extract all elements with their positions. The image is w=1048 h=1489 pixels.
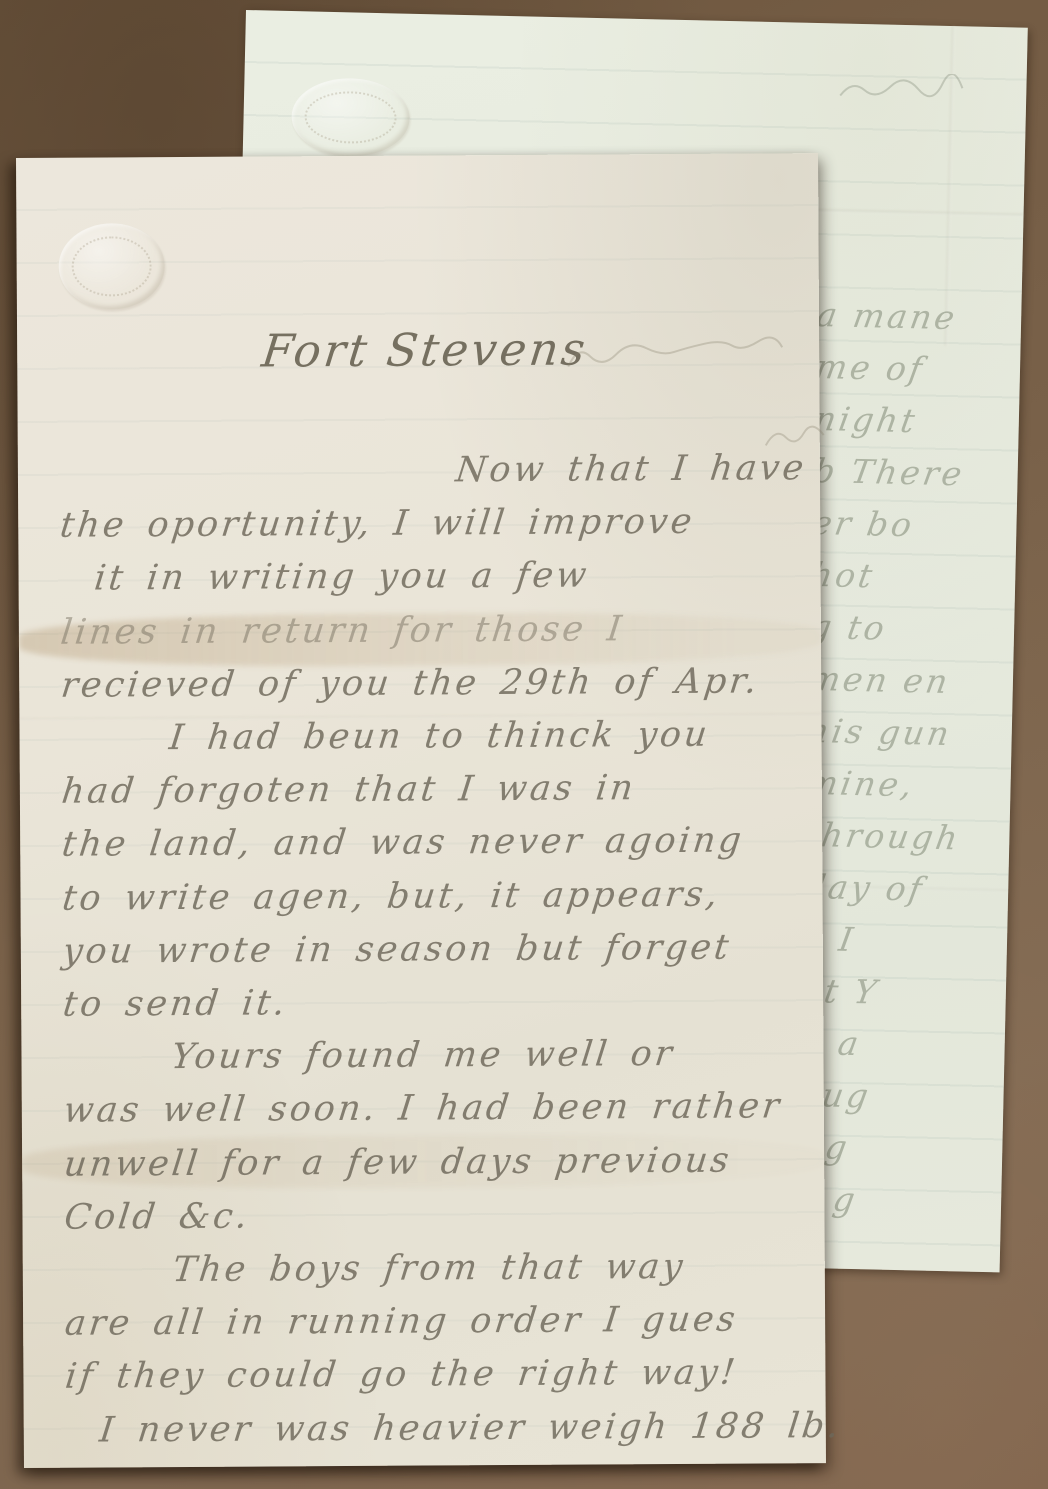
handwriting-line: I never was heavier weigh 188 lb.	[97, 1406, 843, 1451]
handwriting-line: if they could go the right way!	[63, 1353, 740, 1397]
handwriting-line: lines in return for those I	[59, 609, 627, 652]
handwriting-line: unwell for a few days previous	[62, 1140, 734, 1184]
handwriting-fragment: er bo	[809, 503, 917, 544]
handwriting-line: it in writing you a few	[92, 556, 591, 599]
handwriting-fragment: b There	[811, 451, 968, 493]
handwriting-line: Yours found me well or	[169, 1034, 677, 1077]
handwriting-line: was well soon. I had been rather	[61, 1087, 784, 1131]
handwriting-line: recieved of you the 29th of Apr.	[59, 661, 762, 705]
handwriting-line: Cold &c.	[62, 1196, 252, 1237]
handwriting-line: Now that I have	[454, 448, 809, 490]
handwriting-line: the oportunity, I will improve	[58, 502, 697, 546]
handwriting-line: to send it.	[61, 983, 290, 1024]
letter-heading: Fort Stevens	[259, 322, 591, 377]
handwriting-fragment: men en	[806, 659, 954, 701]
handwriting-fragment: his gun	[805, 711, 955, 753]
back-page-fragments: a maneme ofnightb Thereer bohotg tomen e…	[246, 10, 1028, 28]
embossed-seal-icon	[291, 77, 411, 158]
seal-ring	[71, 236, 151, 296]
scribble-icon	[836, 71, 967, 110]
handwriting-line: had forgoten that I was in	[60, 768, 639, 812]
handwriting-line: you wrote in season but forget	[61, 927, 734, 971]
photo-background: a maneme ofnightb Thereer bohotg tomen e…	[0, 0, 1048, 1489]
scribble-icon	[562, 331, 797, 384]
handwriting-fragment: through	[802, 815, 963, 857]
handwriting-line: to write agen, but, it appears,	[60, 874, 722, 918]
seal-ring	[304, 90, 397, 144]
front-page-sheet: Fort Stevens Now that I havethe oportuni…	[16, 153, 826, 1468]
handwriting-fragment: me of	[813, 347, 928, 388]
handwriting-fragment: a mane	[814, 295, 960, 337]
handwriting-line: the land, and was never agoing	[60, 821, 746, 865]
embossed-seal-icon	[58, 223, 165, 310]
handwriting-line: I had beun to thinck you	[167, 715, 712, 758]
handwriting-line: The boys from that way	[170, 1247, 687, 1290]
handwriting-line: are all in running order I gues	[63, 1300, 740, 1344]
